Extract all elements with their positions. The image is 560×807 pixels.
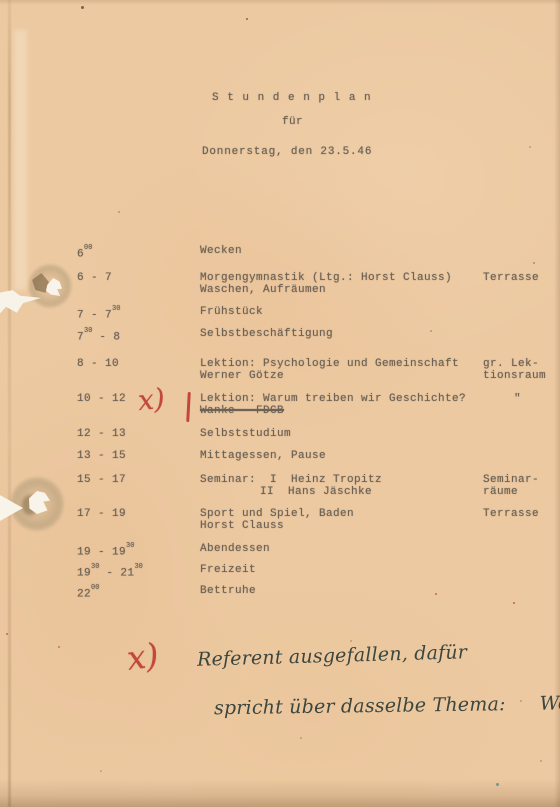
handwritten-note-line2: spricht über dasselbe Thema:Werner Rupre…: [189, 668, 560, 741]
paper-speck: [540, 760, 542, 762]
schedule-location-line: Terrasse: [483, 272, 539, 284]
torn-edge-notch: [0, 494, 23, 521]
schedule-row: 730 - 8Selbstbeschäftigung: [77, 328, 560, 352]
schedule-location-line: Terrasse: [483, 508, 539, 520]
punch-hole-top-torn-flap: [32, 273, 49, 293]
schedule-activity: Seminar: I Heinz TropitzII Hans Jäschke: [200, 474, 382, 498]
paper-crease-highlight: [14, 30, 27, 290]
schedule-location: Terrasse: [483, 272, 539, 284]
schedule-row: 12 - 13Selbststudium: [77, 428, 560, 452]
schedule-row: 7 - 730Frühstück: [77, 306, 560, 330]
schedule-time: 730 - 8: [77, 328, 120, 344]
punch-hole-bottom-shadow: [22, 495, 38, 515]
schedule-time: 13 - 15: [77, 450, 126, 462]
paper-speck: [58, 646, 60, 648]
schedule-activity-line: Morgengymnastik (Ltg.: Horst Clauss): [200, 272, 452, 284]
paper-speck: [118, 211, 120, 213]
schedule-time: 8 - 10: [77, 358, 119, 370]
schedule-activity-line: Frühstück: [200, 306, 263, 318]
schedule-activity-line: II Hans Jäschke: [200, 486, 382, 498]
schedule-activity-line: Lektion: Psychologie und Gemeinschaft: [200, 358, 459, 370]
schedule-activity: Frühstück: [200, 306, 263, 318]
schedule-location-line: tionsraum: [483, 370, 546, 382]
schedule-row: 2200Bettruhe: [77, 585, 560, 609]
schedule-activity-line: Wecken: [200, 245, 242, 257]
punch-hole-top: [46, 278, 62, 296]
schedule-time: 15 - 17: [77, 474, 126, 486]
schedule-activity: Morgengymnastik (Ltg.: Horst Clauss)Wasc…: [200, 272, 452, 296]
punch-hole-bottom-ring: [10, 477, 64, 531]
schedule-time: 6 - 7: [77, 272, 112, 284]
schedule-activity: Sport und Spiel, BadenHorst Clauss: [200, 508, 354, 532]
schedule-activity: Selbststudium: [200, 428, 291, 440]
schedule-row: 13 - 15Mittagessen, Pause: [77, 450, 560, 474]
schedule-location-ditto: ": [483, 393, 521, 405]
schedule-location: Terrasse: [483, 508, 539, 520]
paper-crease-line: [8, 0, 11, 807]
schedule-location-line: Seminar-: [483, 474, 539, 486]
schedule-activity: Wecken: [200, 245, 242, 257]
document-title: S t u n d e n p l a n: [212, 92, 372, 104]
paper-speck: [496, 783, 499, 786]
punch-hole-top-ring: [28, 264, 72, 308]
schedule-location: ": [483, 393, 521, 405]
schedule-activity-line: Waschen, Aufräumen: [200, 284, 452, 296]
schedule-activity: Abendessen: [200, 543, 270, 555]
document-page: S t u n d e n p l a n für Donnerstag, de…: [0, 0, 560, 807]
schedule-time: 2200: [77, 585, 99, 601]
schedule-activity-line: Mittagessen, Pause: [200, 450, 326, 462]
schedule-activity-line: Seminar: I Heinz Tropitz: [200, 474, 382, 486]
schedule-location: gr. Lek-tionsraum: [483, 358, 546, 382]
handwritten-note-line2-text: spricht über dasselbe Thema:: [214, 693, 506, 719]
paper-speck: [81, 6, 84, 9]
schedule-activity-line: Freizeit: [200, 564, 256, 576]
schedule-activity-line: Abendessen: [200, 543, 270, 555]
schedule-activity: Lektion: Psychologie und GemeinschaftWer…: [200, 358, 459, 382]
schedule-location-line: räume: [483, 486, 539, 498]
schedule-activity-line: Selbstbeschäftigung: [200, 328, 333, 340]
schedule-time: 10 - 12: [77, 393, 126, 405]
torn-paper-patch: [0, 288, 42, 314]
handwritten-note-line1: Referent ausgefallen, dafür: [197, 641, 468, 671]
schedule-location-line: gr. Lek-: [483, 358, 546, 370]
schedule-activity: Freizeit: [200, 564, 256, 576]
schedule-activity: Mittagessen, Pause: [200, 450, 326, 462]
schedule-activity-line: Wanke - FDGB: [200, 405, 466, 417]
schedule-activity-line: Lektion: Warum treiben wir Geschichte?: [200, 393, 466, 405]
schedule-time: 1930 - 2130: [77, 564, 143, 580]
schedule-activity-line: Sport und Spiel, Baden: [200, 508, 354, 520]
schedule-activity-line: Bettruhe: [200, 585, 256, 597]
schedule-time: 17 - 19: [77, 508, 126, 520]
schedule-row: 6 - 7Morgengymnastik (Ltg.: Horst Clauss…: [77, 272, 560, 296]
punch-hole-bottom: [29, 491, 50, 514]
paper-speck: [100, 770, 102, 772]
schedule-activity-line: Selbststudium: [200, 428, 291, 440]
document-date: Donnerstag, den 23.5.46: [202, 146, 372, 158]
schedule-activity-line: Horst Clauss: [200, 520, 354, 532]
schedule-activity-line: Werner Götze: [200, 370, 459, 382]
schedule-time: 600: [77, 245, 92, 261]
paper-edge-top: [0, 0, 560, 5]
paper-speck: [350, 640, 352, 642]
schedule-time: 7 - 730: [77, 306, 120, 322]
red-x-annotation-schedule: x): [137, 382, 166, 417]
handwritten-note-name: Werner Ruprecht: [539, 690, 560, 714]
schedule-location: Seminar-räume: [483, 474, 539, 498]
schedule-row: 600Wecken: [77, 245, 560, 269]
schedule-row: 15 - 17Seminar: I Heinz TropitzII Hans J…: [77, 474, 560, 498]
schedule-row: 17 - 19Sport und Spiel, BadenHorst Claus…: [77, 508, 560, 532]
schedule-activity: Lektion: Warum treiben wir Geschichte?Wa…: [200, 393, 466, 417]
schedule-time: 19 - 1930: [77, 543, 134, 559]
schedule-activity: Selbstbeschäftigung: [200, 328, 333, 340]
schedule-activity: Bettruhe: [200, 585, 256, 597]
document-subtitle: für: [282, 116, 303, 128]
schedule-time: 12 - 13: [77, 428, 126, 440]
paper-edge-bottom-shadow: [0, 779, 560, 807]
paper-speck: [529, 146, 531, 148]
paper-speck: [6, 633, 8, 635]
paper-speck: [246, 18, 248, 20]
schedule-row: 8 - 10Lektion: Psychologie und Gemeinsch…: [77, 358, 560, 382]
red-x-annotation-note: x): [125, 635, 161, 678]
